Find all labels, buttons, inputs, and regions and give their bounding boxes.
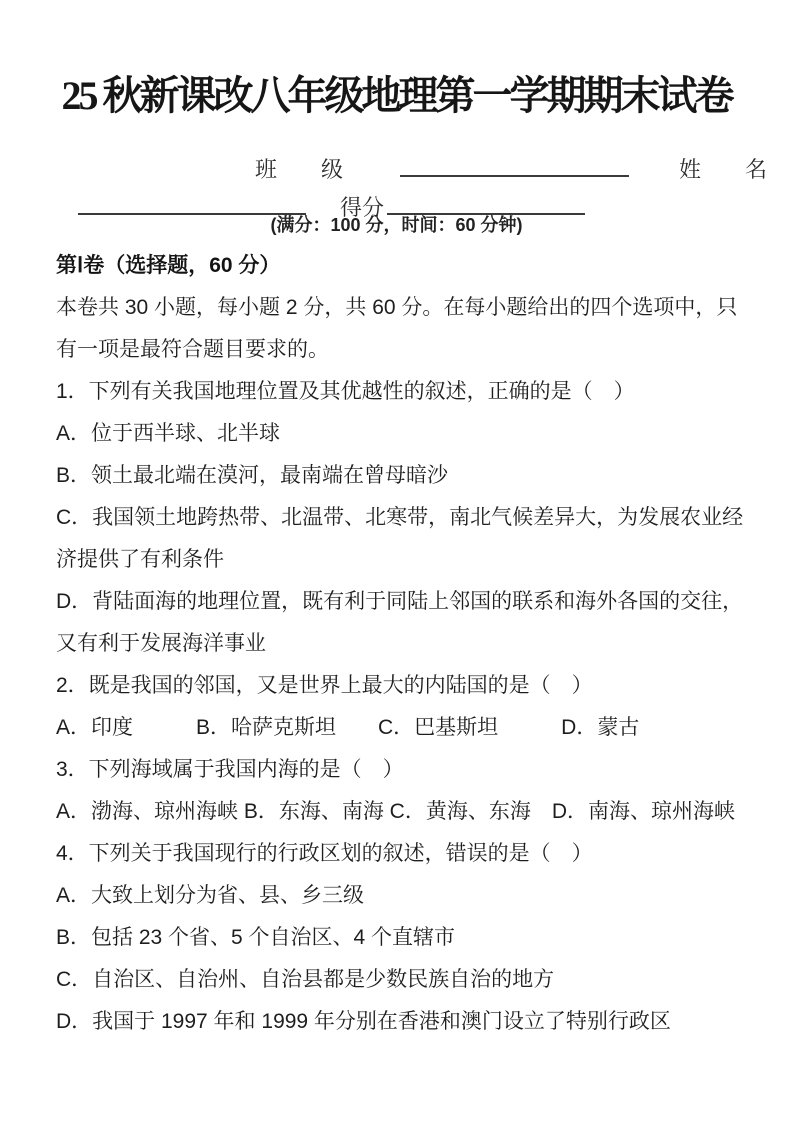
page-title: 25 秋新课改八年级地理第一学期期末试卷 <box>0 64 793 121</box>
instructions-line-1: 本卷共 30 小题，每小题 2 分，共 60 分。在每小题给出的四个选项中，只 <box>56 287 768 329</box>
option-line: C．自治区、自治州、自治县都是少数民族自治的地方 <box>56 959 768 1001</box>
question-stem: 2．既是我国的邻国，又是世界上最大的内陆国的是（ ） <box>56 665 768 707</box>
option-line: B．包括 23 个省、5 个自治区、4 个直辖市 <box>56 917 768 959</box>
option-line: A．大致上划分为省、县、乡三级 <box>56 875 768 917</box>
instructions-line-2: 有一项是最符合题目要求的。 <box>56 329 768 371</box>
question-options: A．印度 B．哈萨克斯坦 C．巴基斯坦 D．蒙古 <box>56 707 768 749</box>
question: 4．下列关于我国现行的行政区划的叙述，错误的是（ ） A．大致上划分为省、县、乡… <box>56 833 768 1043</box>
question: 3．下列海域属于我国内海的是（ ） A．渤海、琼州海峡 B．东海、南海 C．黄海… <box>56 749 768 833</box>
exam-page: 25 秋新课改八年级地理第一学期期末试卷 班 级姓 名 得分 (满分：100 分… <box>0 0 793 1122</box>
question-options: A．大致上划分为省、县、乡三级B．包括 23 个省、5 个自治区、4 个直辖市C… <box>56 875 768 1043</box>
option-line: C．我国领土地跨热带、北温带、北寒带，南北气候差异大，为发展农业经 <box>56 497 768 539</box>
option-line: D．背陆面海的地理位置，既有利于同陆上邻国的联系和海外各国的交往， <box>56 581 768 623</box>
question-options: A．位于西半球、北半球B．领土最北端在漠河，最南端在曾母暗沙C．我国领土地跨热带… <box>56 413 768 665</box>
name-label: 姓 名 <box>679 153 767 184</box>
option-line: 济提供了有利条件 <box>56 539 768 581</box>
exam-body: 第Ⅰ卷（选择题，60 分） 本卷共 30 小题，每小题 2 分，共 60 分。在… <box>56 245 768 1043</box>
option-line: D．我国于 1997 年和 1999 年分别在香港和澳门设立了特别行政区 <box>56 1001 768 1043</box>
questions: 1．下列有关我国地理位置及其优越性的叙述，正确的是（ ） A．位于西半球、北半球… <box>56 371 768 1043</box>
section-heading: 第Ⅰ卷（选择题，60 分） <box>56 245 768 287</box>
exam-meta-note: (满分：100 分，时间：60 分钟) <box>0 211 793 237</box>
option-line: A．印度 B．哈萨克斯坦 C．巴基斯坦 D．蒙古 <box>56 707 768 749</box>
question-stem: 4．下列关于我国现行的行政区划的叙述，错误的是（ ） <box>56 833 768 875</box>
question-stem: 1．下列有关我国地理位置及其优越性的叙述，正确的是（ ） <box>56 371 768 413</box>
question-options: A．渤海、琼州海峡 B．东海、南海 C．黄海、东海 D．南海、琼州海峡 <box>56 791 768 833</box>
option-line: 又有利于发展海洋事业 <box>56 623 768 665</box>
option-line: A．渤海、琼州海峡 B．东海、南海 C．黄海、东海 D．南海、琼州海峡 <box>56 791 768 833</box>
option-line: B．领土最北端在漠河，最南端在曾母暗沙 <box>56 455 768 497</box>
question: 1．下列有关我国地理位置及其优越性的叙述，正确的是（ ） A．位于西半球、北半球… <box>56 371 768 665</box>
option-line: A．位于西半球、北半球 <box>56 413 768 455</box>
question: 2．既是我国的邻国，又是世界上最大的内陆国的是（ ） A．印度 B．哈萨克斯坦 … <box>56 665 768 749</box>
question-stem: 3．下列海域属于我国内海的是（ ） <box>56 749 768 791</box>
